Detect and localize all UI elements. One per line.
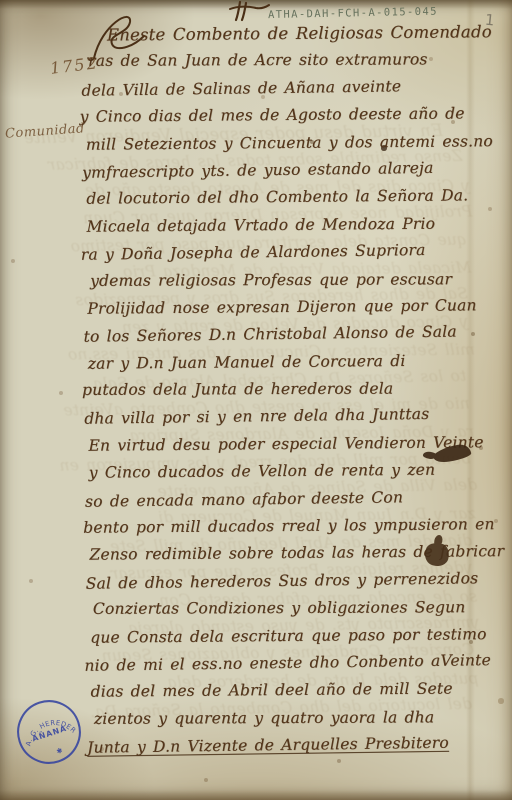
manuscript-line: y Cinco ducados de Vellon de renta y zen — [89, 457, 477, 488]
margin-community-note: Comunidad — [5, 121, 86, 142]
manuscript-line: bento por mill ducados rreal y los ympus… — [83, 511, 477, 542]
manuscript-line: ymfraescripto yts. de yuso estando alare… — [82, 154, 474, 187]
manuscript-line: y Cinco dias del mes de Agosto deeste añ… — [79, 100, 473, 131]
manuscript-page: En virtud desu poder especial Vendieron … — [0, 0, 512, 800]
manuscript-line: Zenso redimible sobre todas las heras de… — [89, 539, 477, 570]
archive-stamp: A. G. HEREDEROS SALINAS AÑANA ✱ — [4, 687, 95, 778]
manuscript-line: mill Setezientos y Cincuenta y dos antem… — [86, 128, 474, 159]
manuscript-line: del locutorio del dho Combento la Señora… — [86, 183, 474, 214]
cross-mark-icon — [226, 0, 270, 22]
manuscript-line: Eneste Combento de Religiosas Comendado — [107, 18, 473, 49]
manuscript-line: Junta y D.n Vizente de Arquelles Presbit… — [87, 729, 479, 762]
manuscript-line: ra y Doña Josepha de Alardones Supriora — [81, 236, 475, 269]
manuscript-line: so de encada mano afabor deeste Con — [85, 483, 477, 516]
manuscript-line: ydemas religiosas Profesas que por escus… — [90, 266, 475, 295]
stamp-star-icon: ✱ — [55, 746, 64, 756]
manuscript-line: Conziertas Condiziones y obligaziones Se… — [93, 594, 478, 623]
manuscript-line: to los Señores D.n Christobal Alonso de … — [83, 319, 475, 352]
stamp-arc-text: A. G. HEREDEROS SALINAS — [4, 687, 79, 754]
manuscript-line: ras de San Juan de Acre sito extramuros — [88, 47, 473, 76]
manuscript-line: zientos y quarenta y quatro yaora la dha — [94, 704, 479, 733]
manuscript-line: En virtud desu poder especial Vendieron … — [88, 429, 476, 460]
manuscript-line: dela Villa de Salinas de Añana aveinte — [81, 72, 473, 105]
manuscript-line: Sal de dhos herederos Sus dros y perrene… — [86, 565, 478, 598]
manuscript-line: nio de mi el ess.no eneste dho Conbento … — [84, 647, 478, 680]
manuscript-line: dias del mes de Abril deel año de mill S… — [91, 676, 479, 707]
manuscript-line: putados dela Junta de herederos dela — [82, 375, 476, 404]
manuscript-line: zar y D.n Juan Manuel de Corcuera di — [88, 347, 476, 378]
manuscript-line: que Consta dela escritura que paso por t… — [90, 621, 478, 652]
paper-specks — [0, 0, 2, 2]
manuscript-text-block: Eneste Combento de Religiosas Comendado … — [85, 18, 479, 761]
